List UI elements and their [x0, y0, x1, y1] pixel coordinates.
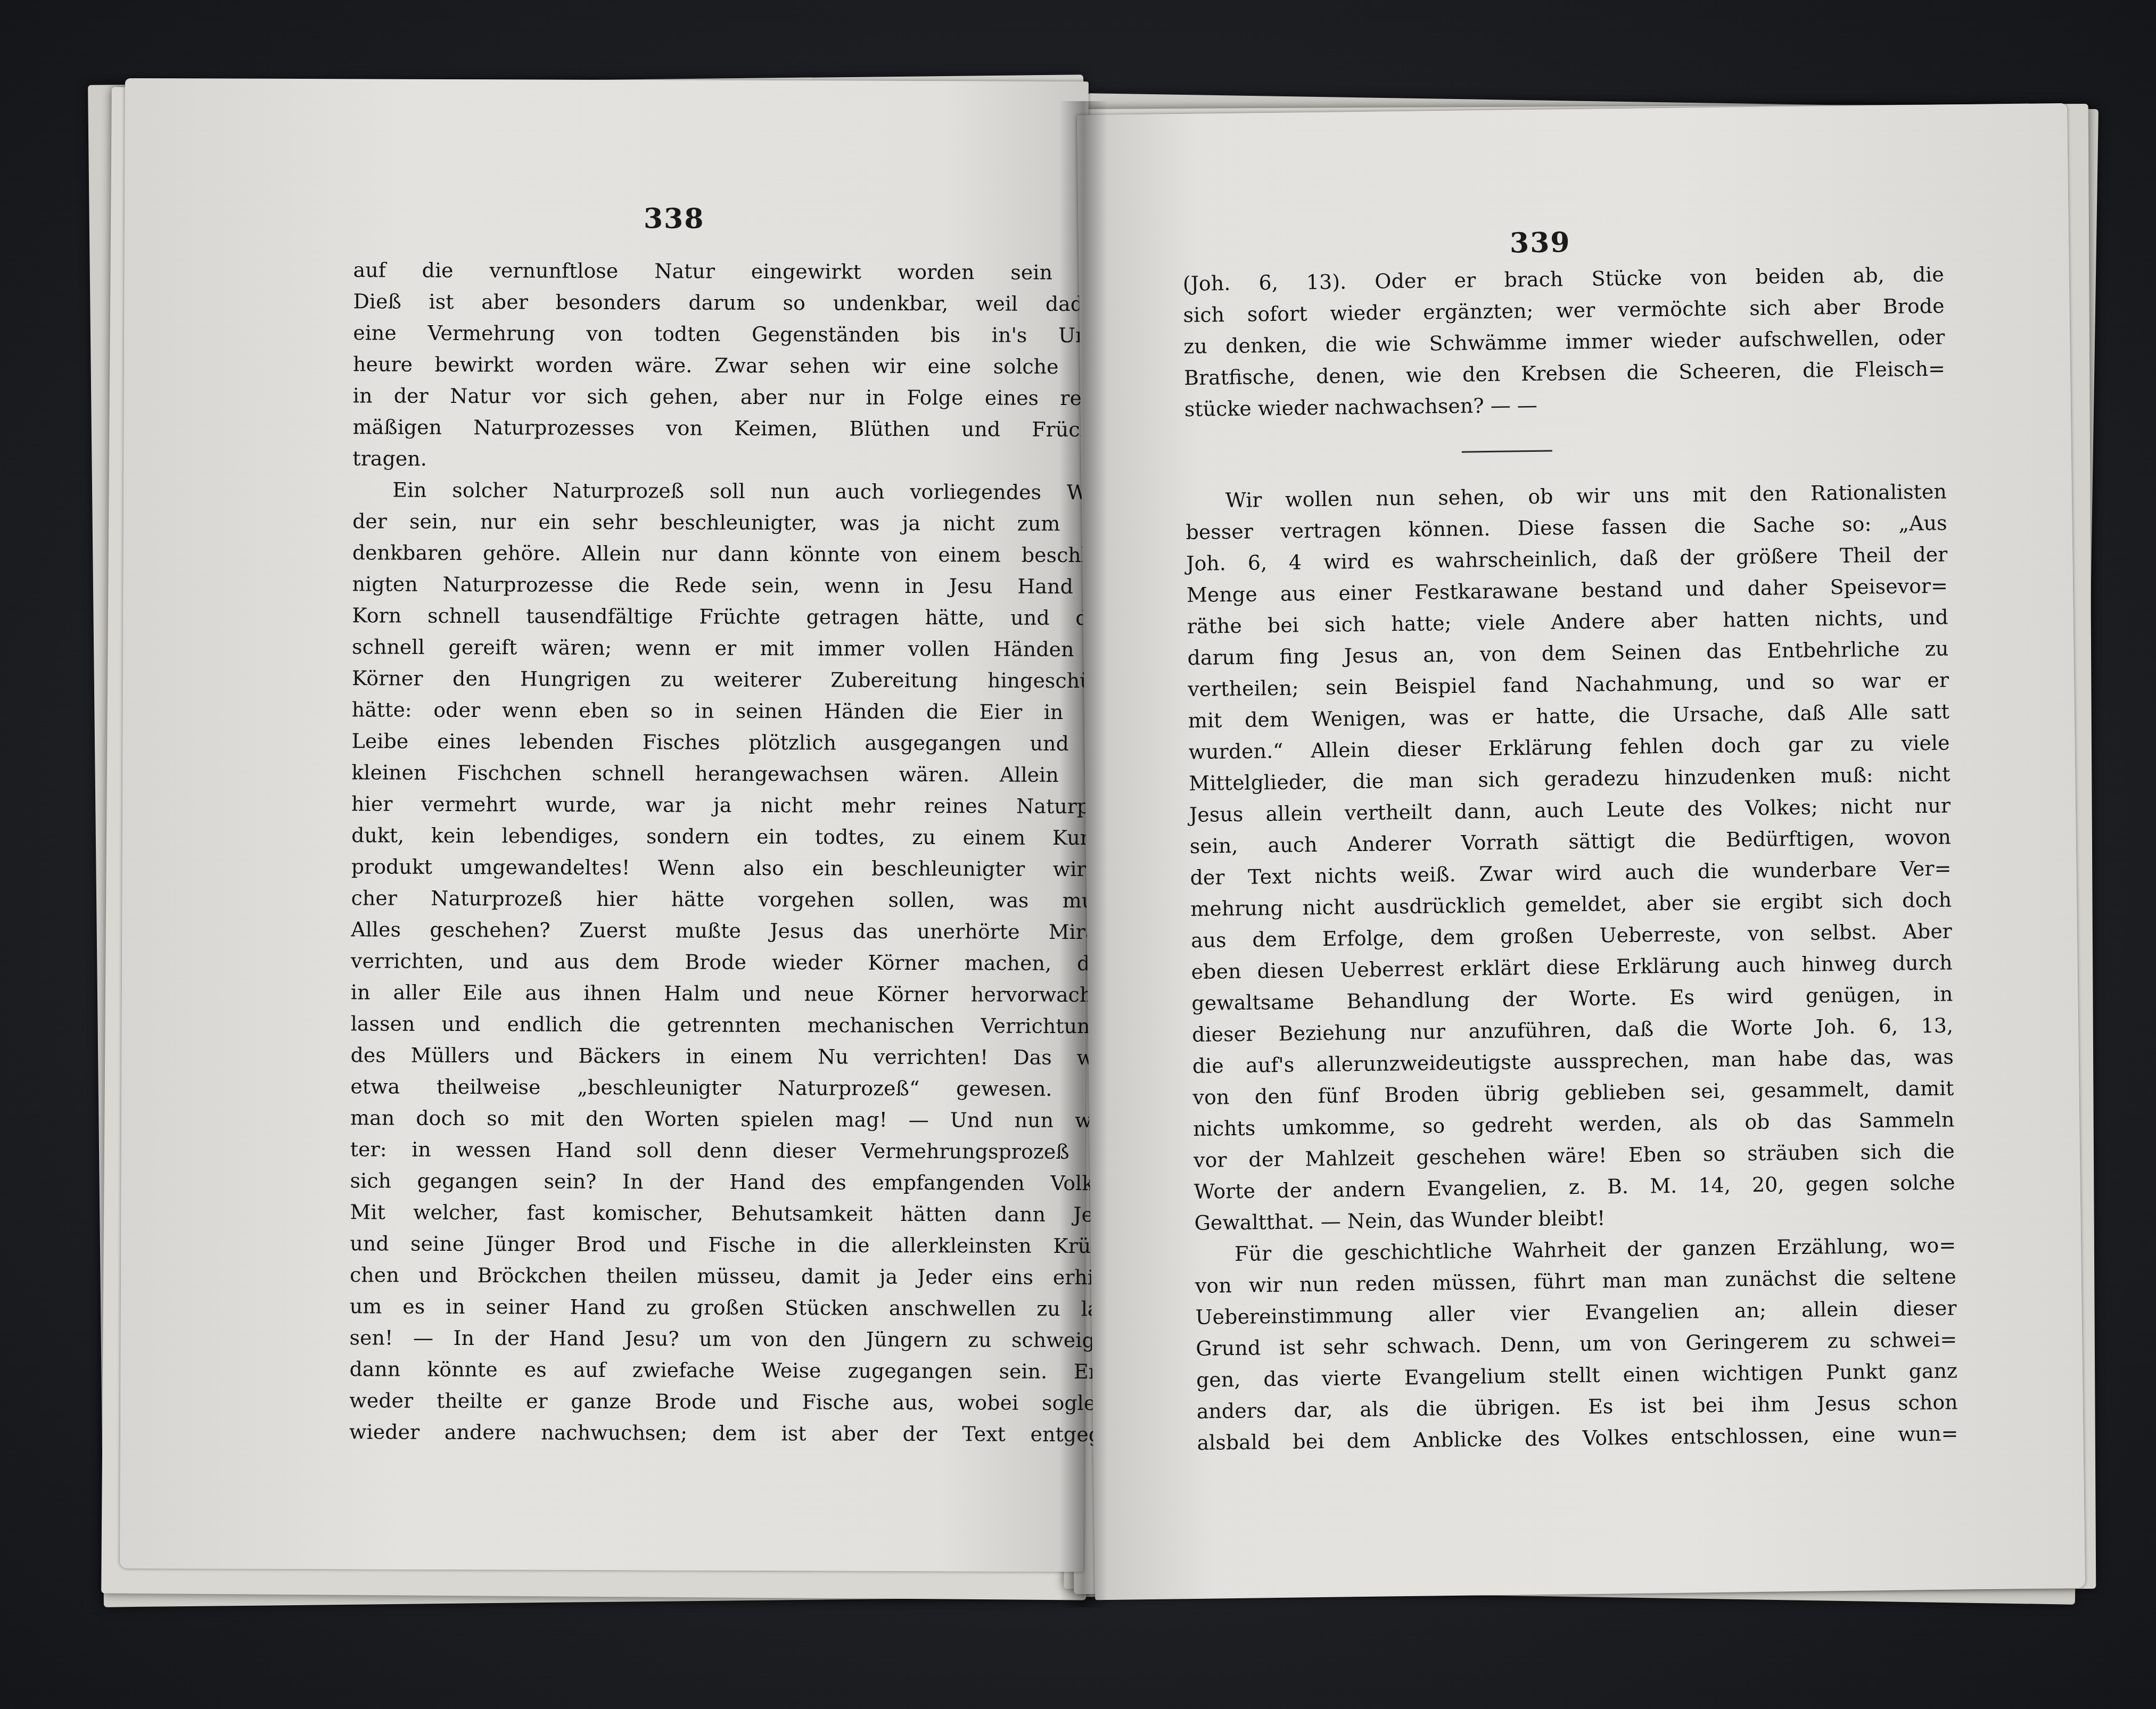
text-line: tragen.	[352, 443, 1130, 477]
text-line: produkt umgewandeltes! Wenn also ein bes…	[351, 851, 1129, 885]
text-line: man doch so mit den Worten spielen mag! …	[350, 1102, 1128, 1136]
text-line: hier vermehrt wurde, war ja nicht mehr r…	[351, 788, 1129, 822]
text-line: ter: in wessen Hand soll denn dieser Ver…	[350, 1134, 1128, 1168]
text-line: Leibe eines lebenden Fisches plötzlich a…	[351, 725, 1129, 759]
text-line: in der Natur vor sich gehen, aber nur in…	[353, 380, 1130, 414]
text-line: wieder andere nachwuchsen; dem ist aber …	[349, 1416, 1126, 1450]
text-line: dukt, kein lebendiges, sondern ein todte…	[351, 820, 1129, 854]
text-line: weder theilte er ganze Brode und Fische …	[349, 1385, 1126, 1419]
left-page: 338 auf die vernunftlose Natur eingewirk…	[120, 78, 1089, 1572]
section-divider-rule	[1462, 450, 1552, 453]
text-line: Dieß ist aber besonders darum so undenkb…	[353, 286, 1130, 320]
book-gutter-shadow	[1059, 101, 1107, 1607]
text-line: verrichten, und aus dem Brode wieder Kör…	[351, 945, 1128, 979]
text-line: Korn schnell tausendfältige Früchte getr…	[352, 600, 1129, 634]
text-line: in aller Eile aus ihnen Halm und neue Kö…	[351, 977, 1128, 1011]
text-line: sen! — In der Hand Jesu? um von den Jüng…	[350, 1322, 1127, 1356]
text-line: nigten Naturprozesse die Rede sein, wenn…	[352, 568, 1129, 602]
text-line: des Müllers und Bäckers in einem Nu verr…	[350, 1039, 1128, 1074]
text-line: eine Vermehrung von todten Gegenständen …	[353, 317, 1130, 351]
text-line: denkbaren gehöre. Allein nur dann könnte…	[352, 537, 1130, 571]
text-line: um es in seiner Hand zu großen Stücken a…	[350, 1291, 1127, 1325]
text-line: cher Naturprozeß hier hätte vorgehen sol…	[351, 882, 1128, 917]
text-line: schnell gereift wären; wenn er mit immer…	[352, 631, 1129, 665]
text-line: auf die vernunftlose Natur eingewirkt wo…	[353, 254, 1131, 288]
text-line: Mit welcher, fast komischer, Behutsamkei…	[350, 1196, 1127, 1231]
text-line: kleinen Fischchen schnell herangewachsen…	[351, 757, 1129, 791]
text-line: Körner den Hungrigen zu weiterer Zuberei…	[352, 663, 1129, 697]
text-line: etwa theilweise „beschleunigter Naturpro…	[350, 1071, 1128, 1105]
text-line: hätte: oder wenn eben so in seinen Hände…	[352, 694, 1129, 728]
left-page-text: auf die vernunftlose Natur eingewirkt wo…	[349, 254, 1131, 1450]
text-line: heure bewirkt worden wäre. Zwar sehen wi…	[353, 349, 1130, 383]
right-page-number: 339	[1510, 226, 1571, 259]
text-line: sich gegangen sein? In der Hand des empf…	[350, 1165, 1128, 1199]
text-line: und seine Jünger Brod und Fische in die …	[350, 1228, 1127, 1262]
text-line: lassen und endlich die getrennten mechan…	[351, 1008, 1128, 1042]
text-line: Alles geschehen? Zuerst mußte Jesus das …	[351, 914, 1128, 948]
left-page-number: 338	[644, 202, 705, 235]
paragraph-start-line: Ein solcher Naturprozeß soll nun auch vo…	[352, 474, 1130, 508]
text-line: chen und Bröckchen theilen müsseu, damit…	[350, 1259, 1127, 1293]
text-line: mäßigen Naturprozesses von Keimen, Blüth…	[353, 411, 1130, 445]
text-line: der sein, nur ein sehr beschleunigter, w…	[352, 506, 1130, 540]
right-page: 339 (Joh. 6, 13). Oder er brach Stücke v…	[1077, 103, 2085, 1600]
text-line: dann könnte es auf zwiefache Weise zugeg…	[349, 1353, 1126, 1388]
right-page-text: (Joh. 6, 13). Oder er brach Stücke von b…	[1183, 259, 1958, 1459]
